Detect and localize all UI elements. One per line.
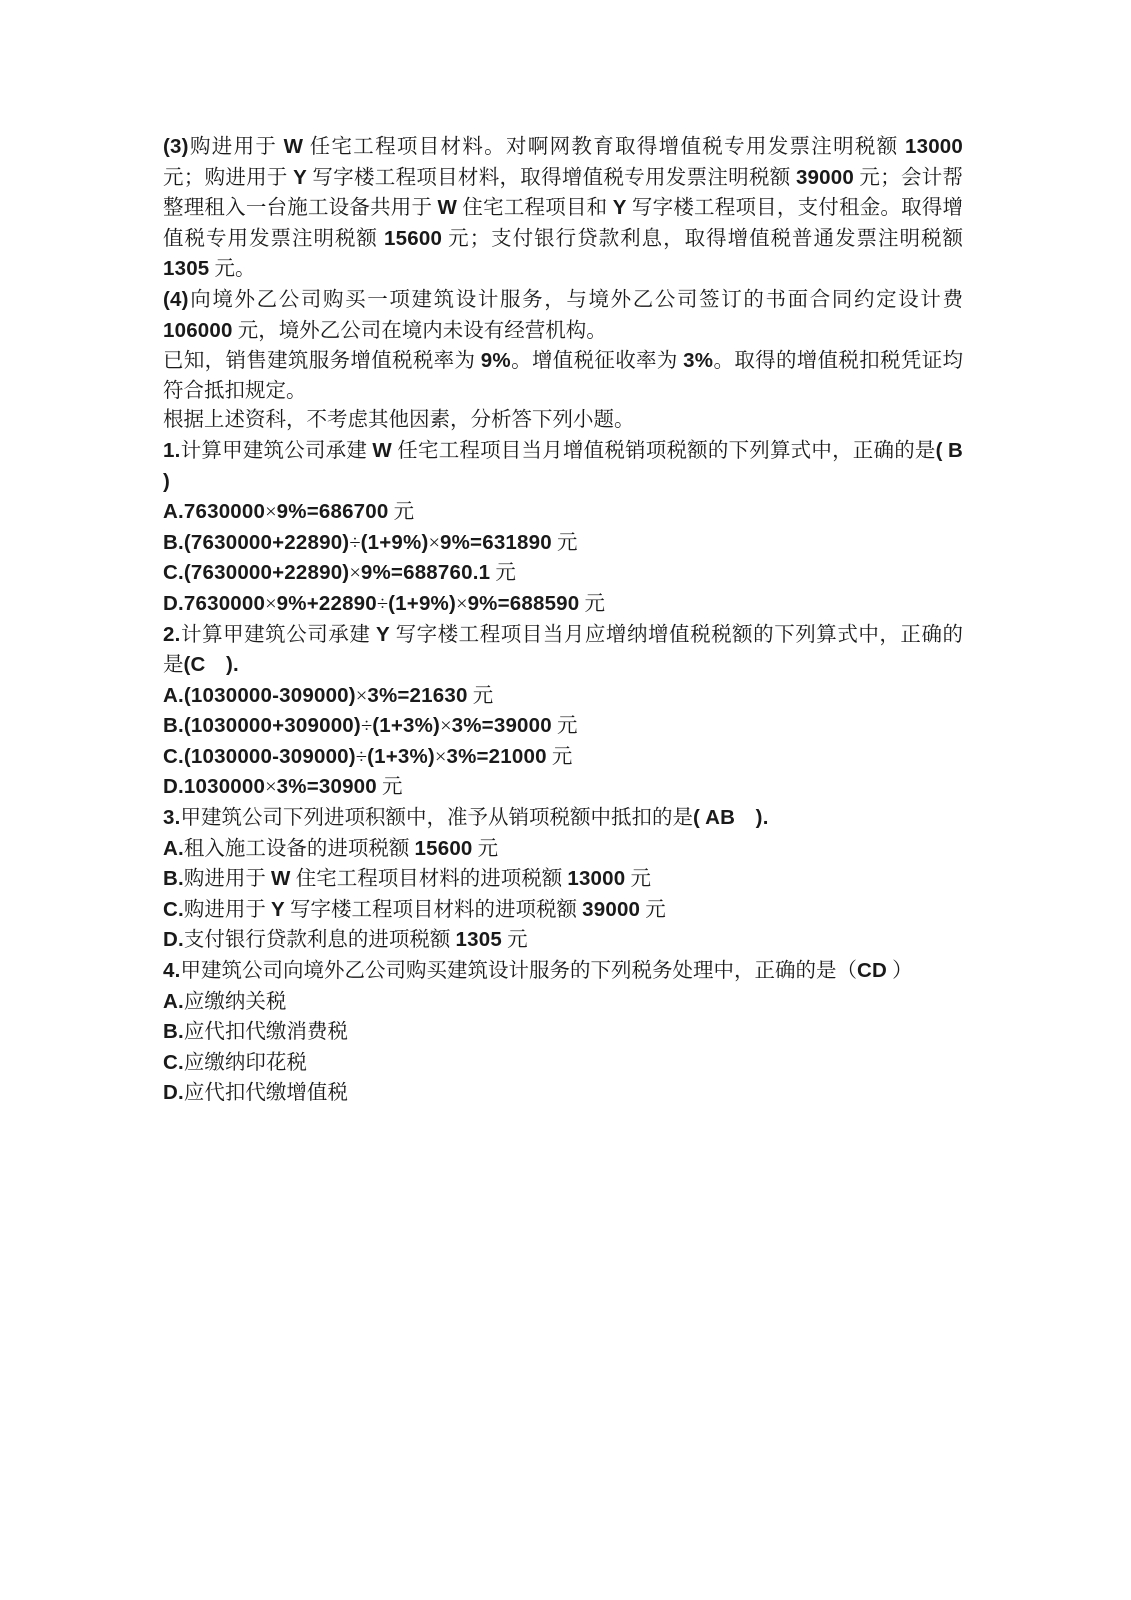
question-option: B.应代扣代缴消费税 (163, 1017, 963, 1048)
paragraph: 已知，销售建筑服务增值税税率为 9%。增值税征收率为 3%。取得的增值税扣税凭证… (163, 346, 963, 406)
question-option: C.(1030000-309000)÷(1+3%)×3%=21000 元 (163, 742, 963, 773)
paragraph: (3)购进用于 W 任宅工程项目材料。对啊网教育取得增值税专用发票注明税额 13… (163, 132, 963, 285)
question-option: D.1030000×3%=30900 元 (163, 772, 963, 803)
question-option: A.应缴纳关税 (163, 987, 963, 1018)
question-option: A.(1030000-309000)×3%=21630 元 (163, 681, 963, 712)
question-option: A.7630000×9%=686700 元 (163, 497, 963, 528)
question-option: B.(7630000+22890)÷(1+9%)×9%=631890 元 (163, 528, 963, 559)
question-stem: 4.甲建筑公司向境外乙公司购买建筑设计服务的下列税务处理中，正确的是（CD ） (163, 956, 963, 987)
question-option: B.购进用于 W 住宅工程项目材料的进项税额 13000 元 (163, 864, 963, 895)
paragraph: (4)向境外乙公司购买一项建筑设计服务，与境外乙公司签订的书面合同约定设计费 1… (163, 285, 963, 346)
question-option: C.应缴纳印花税 (163, 1048, 963, 1079)
question-option: C.(7630000+22890)×9%=688760.1 元 (163, 558, 963, 589)
question-option: A.租入施工设备的进项税额 15600 元 (163, 834, 963, 865)
question-stem: 3.甲建筑公司下列进项积额中，准予从销项税额中抵扣的是( AB ). (163, 803, 963, 834)
document-page: (3)购进用于 W 任宅工程项目材料。对啊网教育取得增值税专用发票注明税额 13… (0, 0, 1131, 1600)
paragraph: 根据上述资科，不考虑其他因素，分析答下列小题。 (163, 406, 963, 436)
question-option: D.7630000×9%+22890÷(1+9%)×9%=688590 元 (163, 589, 963, 620)
question-option: D.应代扣代缴增值税 (163, 1078, 963, 1109)
question-stem: 2.计算甲建筑公司承建 Y 写字楼工程项目当月应增纳增值税税额的下列算式中，正确… (163, 620, 963, 681)
question-option: D.支付银行贷款利息的进项税额 1305 元 (163, 925, 963, 956)
question-option: C.购进用于 Y 写字楼工程项目材料的进项税额 39000 元 (163, 895, 963, 926)
document-body: (3)购进用于 W 任宅工程项目材料。对啊网教育取得增值税专用发票注明税额 13… (163, 132, 963, 1109)
question-stem: 1.计算甲建筑公司承建 W 任宅工程项目当月增值税销项税额的下列算式中，正确的是… (163, 436, 963, 497)
question-option: B.(1030000+309000)÷(1+3%)×3%=39000 元 (163, 711, 963, 742)
